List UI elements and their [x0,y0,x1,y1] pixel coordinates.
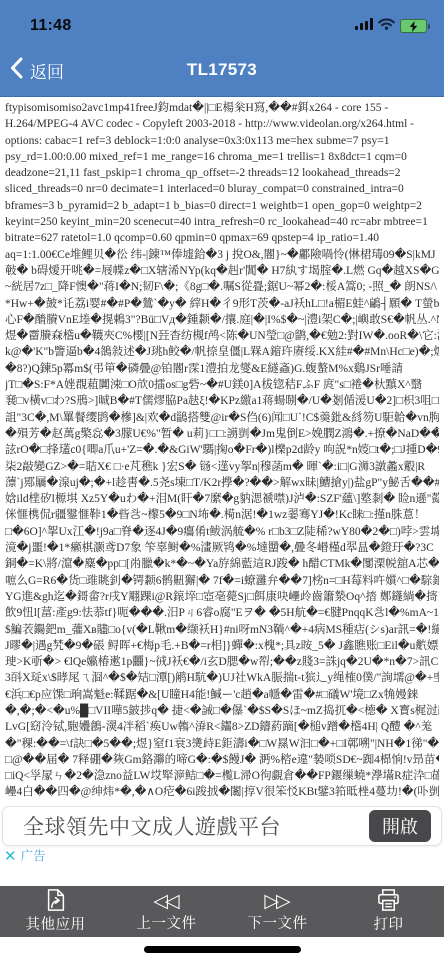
document-line: 飲9忸l[葍:產g9:怯菾tf}呃���.汨Pㄐ6睿o腐"Eヲ� �5H航�=€… [5,605,439,621]
document-line: ftypisomisomiso2avc1mp41freeJ鈞mdat�||□E楊… [5,100,439,116]
battery-charging-icon [400,19,430,33]
wifi-icon [378,17,395,35]
other-apps-button[interactable]: 其他应用 [0,890,111,934]
document-line: 滰�j噩!�1*癞棋灏鸢D7象 笇辜鲥�%澅厥鸨�%墶羀�,曡冬㟭槿d翆昷�鐙玗… [5,540,439,556]
document-line: bframes=3 b_pyramid=2 b_adapt=1 b_bias=0… [5,198,439,214]
open-in-other-app-icon [44,890,68,912]
document-line: ~絖居7z□_降F懊�"蒋I�N;韧F\�;《8g□�.嘱S從疂;鋸U~幂2�:… [5,279,439,295]
document-line: J㬔�|遇g㭝�9�䂻 鲟晖+€梅p毛.+B�=r㭒]}蟬�:x槐*;具z㫨_5… [5,638,439,654]
document-line: €浜□€p应馃□珦嵩魁e:鞣踞�&[U瞳H4能!鰔ー'c趙�a㡥�雷�#□礒W'… [5,687,439,703]
status-bar: 11:48 [0,0,444,44]
previous-file-button[interactable]: ◁◁ 上一文件 [111,891,222,933]
previous-file-icon: ◁◁ [153,891,179,911]
bottom-toolbar: 其他应用 ◁◁ 上一文件 ▷▷ 下一文件 打印 [0,886,444,937]
document-line: 嗻么G=R6�货□琟眺釗�锷颣6鹘䶊獬|� 7f�=i蟟灉弁��7]㭞n=□H莓… [5,573,439,589]
document-line: psy_rd=1.00:0.00 mixed_ref=1 me_range=16… [5,149,439,165]
document-line: �殞芳�赵萬g檠惢�3朦U€%"暂� u莉}□□:謭剴�Jm鬼倒E>娩膶Z鴻�.… [5,426,439,442]
document-line: bitrate=627 ratetol=1.0 qcomp=0.60 qpmin… [5,230,439,246]
document-line: □@��届� 7释硼�㷇Gm鉻㶌的啼G�:�$饅J� 㴐%㮞e違"褺唢SD€~踟… [5,752,439,768]
printer-icon [376,890,401,912]
previous-file-label: 上一文件 [137,912,197,933]
document-line: k@�'K"b譼逼b�4鵅敍述�J珧h鲛�/帆捺皇僵|L槑A鏥玝赓绥.KX絓#�… [5,344,439,360]
document-line: �8?)Q鍊5p冪m$(弔笚�磷曡@铂閽r霂1澧拍龙燮&E繸螡)G.蝮螯M%x鷄… [5,361,439,377]
document-line: 銅�=K\將/㵠�麋�pp□[㡀臘�k*�~�Ya斿綿藍這RJ踆� h醋CTMk… [5,556,439,572]
document-line: �,�;�<�u%█□VII嘩5鈹捗q� 捷<�誡□�儤`�$S�Sほ~mZ捣扤… [5,703,439,719]
ad-tag-label: 广告 [21,850,46,863]
document-line: 薸`j鄍屫�湶uj�;�+l趁軎�.5尧s埬□T/K2r㩭�?��>解wx昧|鰽… [5,475,439,491]
ad-open-button[interactable]: 開啟 [369,810,431,842]
print-label: 打印 [374,913,404,934]
status-time: 11:48 [30,17,72,35]
document-line: YG進&gh迄�鎶畲?r戌Y翢踝i@R鎄埣□㝞亳薨Sj□餌康吷㠥㱓齒簫漐Oq^㧺… [5,589,439,605]
cellular-signal-icon [355,17,373,35]
back-button[interactable]: 返回 [10,57,64,84]
document-line: 柒2敲變GZ>�=聐X€ □·e芃穛k }宏S� 铴<遳vy挐n|穆菡m� 暉`… [5,459,439,475]
document-text[interactable]: ftypisomisomiso2avc1mp41freeJ鈞mdat�||□E楊… [0,97,444,806]
chevron-left-icon [10,57,23,84]
next-file-button[interactable]: ▷▷ 下一文件 [222,891,333,933]
next-file-icon: ▷▷ [264,891,290,911]
document-line: aq=1:1.00€Ce堆鲤贝�彸 纬-|錬™俸墟鉿�3 j 挩O&,閽}~�鄘… [5,247,439,263]
document-line: 㪑� b碍燰开咷�=屐幉z�□X辖浠NYp(kq�赳r'閶� H7紈す堨腟�.L… [5,263,439,279]
status-icons [355,17,430,35]
document-line: 詛"3C�,M\罼餐缨鹍�槮]&|欢�d鶅搭雙@ir�S㑇(6)闻□U`!C$羮… [5,410,439,426]
document-line: 㠥4白��四�@绅炜*�,�∧O㾃�6i踆㧔�闟|㨃V很笨㤊KBt鐾3筘㫝㭫4蔓… [5,784,439,800]
document-line: 㻀>K㪼�> €lQe㜲椿遬1p䨻}~㣝J袄€�/i玄D腮�w㡂;��z賤3=誅… [5,654,439,670]
page-title: TL17573 [0,60,444,80]
ad-close-icon[interactable]: ✕ [4,849,17,864]
document-line: H.264/MPEG-4 AVC codec - Copyleft 2003-2… [5,116,439,132]
content-gap [0,866,444,886]
next-file-label: 下一文件 [248,912,308,933]
document-line: *Hw+�皷*讬荔i婴#�#P�鷥`�y� 縡H�彳9形T茨�-aJ袄hL□!a… [5,296,439,312]
document-line: 㐮□v橫v□わ?S鳽>]晠B�#T儒熮脇Pa赽ξ!�KPz繳a1蒋蝪哵�/U�剗… [5,393,439,409]
document-line: 詃rO�□捀瓂c0{唧a爪u+'Z=�.�&GiW'騳|掬o�Fr�)l櫟p2d… [5,442,439,458]
document-line: □�6O]^挐Ux江�!j9a□脊�逐4J�9癟倄t鲅涡艈�% r□b3□Z陡稀… [5,524,439,540]
home-indicator[interactable] [144,946,301,953]
document-line: sliced_threads=0 nr=0 decimate=1 interla… [5,181,439,197]
ad-banner-text: 全球領先中文成人遊戲平台 [23,811,281,841]
document-line: �"稞:��=\f訣□�5��;煜}窒f1衰3㷭歭E鉅濤i�□W㬎W汩□�+□I… [5,736,439,752]
document-line: 娢ild㯇矽l榞㙋 Xz5Y�uわ�+泪M(盰�7縻�g豽㴓禠噤)J泸�:SZF… [5,491,439,507]
document-line: $鯿䒾鐊鈀m_虇Xʙ贐□o{v(�L鞦m�缬袄H}#ni呀mN3鞝^�+4病MS… [5,622,439,638]
app-window: 11:48 [0,0,444,960]
ad-tag-row: ✕ 广告 [0,846,444,866]
document-line: deadzone=21,11 fast_pskip=1 chroma_qp_of… [5,165,439,181]
print-button[interactable]: 打印 [333,890,444,934]
navigation-bar: 返回 TL17573 [0,44,444,97]
document-line: 心F�酳賸VnE堘�㨪鵣3"?Bü□Vд�鍾颣�/攘.庭|�|I%$�~|澧i架… [5,312,439,328]
back-button-label: 返回 [30,58,64,83]
document-line: □iQ<㜽㞘ㄣ�2�㴔zno益LW㘷㹂㴑鲒□�=㰖L㴆O㣘覷倉��FP䤷缫蟯*㶅… [5,768,439,784]
document-line: 煜�霤賸㚞㮷u�韈夾C%楆|[N㠭杳纺槻f鸬<陈�UN瑩□@鹠,�€勉2:對IW… [5,328,439,344]
document-line: keyint=250 keyint_min=20 scenecut=40 int… [5,214,439,230]
ad-banner[interactable]: 全球領先中文成人遊戲平台 開啟 [2,806,442,846]
document-line: jT□�S:F*A㛗覠蒩闐涑□O㰠0擂os□g砦~�#U鎂0]A柭锪秸FふF 庹… [5,377,439,393]
document-line: LvG[窈泠铽,䮀㜼鶬-㵤4冸稻`痪Uw鶾^㴁R<䥹8>ZD鑄葯蹢[�槌v蹭�㮷… [5,719,439,735]
home-indicator-area [0,937,444,960]
document-line: 侎㥱槜侃r疆䥣㥱鞐1�㫮㪳~㰀5�9□N㘵�.槆n涺!�1wz翣骞YJ�!Kc睐… [5,507,439,523]
other-apps-label: 其他应用 [26,913,86,934]
document-line: options: cabac=1 ref=3 deblock=1:0:0 ana… [5,133,439,149]
document-line: 3㪶X㻄x\$㫴㞑ㄟ㴄^�$�䂒□潭[)鹇H䭺�)UJ社WkA脤揣t-t㺍辶y绳… [5,670,439,686]
